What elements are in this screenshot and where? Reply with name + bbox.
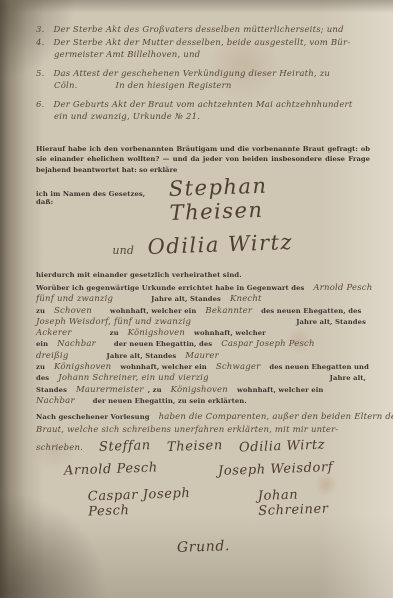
signature-row: schrieben. Steffan Theisen Odilia Wirtz [36,439,370,454]
printed-text: des neuen Ehegatten, des [261,306,361,317]
handwritten-text: Maurermeister [76,385,144,396]
witness-line: Worüber ich gegenwärtige Urkunde erricht… [36,283,370,294]
signature: Odilia Wirtz [238,438,325,456]
handwritten-text: Das Attest der geschehenen Verkündigung … [54,68,331,81]
handwritten-text: Braut, welche sich schreibens unerfahren… [36,424,339,437]
bride-name-row: und Odilia Wirtz [36,235,370,259]
declaration-intro: Hierauf habe ich den vorbenannten Bräuti… [36,144,370,176]
signature: Caspar Joseph Pesch [88,485,233,520]
note-line: 6.Der Geburts Akt der Braut vom achtzehn… [36,99,370,112]
declaration-intro-tail: ich im Namen des Gesetzes, daß: [36,190,165,206]
printed-text: des [36,373,49,384]
printed-text: Standes [36,385,67,396]
printed-text: ein [36,339,48,350]
conjunction-und: und [112,244,134,257]
handwritten-text: ein und zwanzig, Urkunde № 21. [54,111,200,124]
handwritten-notes-section: 3.Der Sterbe Akt des Großvaters desselbe… [36,24,370,124]
witness-line: einNachbarder neuen Ehegattin, desCaspar… [36,339,370,350]
handwritten-text: Nachbar [36,396,75,407]
handwritten-text: Joseph Weisdorf, fünf und zwanzig [36,317,191,328]
witness-line: desJohann Schreiner, ein und vierzigJahr… [36,373,370,384]
witness-line: StandesMaurermeister, zuKönigshovenwohnh… [36,385,370,396]
handwritten-text: Der Geburts Akt der Braut vom achtzehnte… [54,99,353,112]
handwritten-text: 3. [36,24,45,37]
note-line: 3.Der Sterbe Akt des Großvaters desselbe… [36,24,370,37]
handwritten-text: Knecht [230,294,262,305]
witnesses-section: Worüber ich gegenwärtige Urkunde erricht… [36,283,370,407]
handwritten-text: dreißig [36,351,69,362]
note-line: ein und zwanzig, Urkunde № 21. [36,111,370,124]
handwritten-text: Der Sterbe Akt des Großvaters desselben … [54,24,344,37]
witness-line: dreißigJahre alt, StandesMaurer [36,351,370,362]
printed-text: wohnhaft, welcher ein [110,306,196,317]
document-scan: 3.Der Sterbe Akt des Großvaters desselbe… [0,0,393,598]
printed-text: , zu [148,385,162,396]
handwritten-text: Der Sterbe Akt der Mutter desselben, bei… [54,37,351,50]
note-line: 5.Das Attest der geschehenen Verkündigun… [36,68,370,81]
printed-text: Jahre alt, Standes [151,294,221,305]
handwritten-text: haben die Comparenten, außer den beiden … [159,411,393,424]
handwritten-text: Ackerer [36,328,72,339]
signature: Theisen [167,438,223,455]
printed-text: wohnhaft, welcher ein [120,362,206,373]
handwritten-text: Königshoven [128,328,185,339]
handwritten-text: Maurer [185,351,219,362]
signature-row: Arnold Pesch Joseph Weisdorf [36,462,370,477]
printed-text: des neuen Ehegatten und [269,362,369,373]
handwritten-text: Schoven [54,306,92,317]
handwritten-text: Königshoven [171,385,228,396]
witness-line: Joseph Weisdorf, fünf und zwanzigJahre a… [36,317,370,328]
signature: Arnold Pesch [64,461,158,479]
handwritten-text: Nachbar [57,339,96,350]
witness-line: zuSchovenwohnhaft, welcher einBekannterd… [36,306,370,317]
signatures-section: schrieben. Steffan Theisen Odilia Wirtz … [36,439,370,555]
signature: Joseph Weisdorf [218,460,334,479]
closing-section: Nach geschehener Vorlesunghaben die Comp… [36,411,370,437]
document-content: 3.Der Sterbe Akt des Großvaters desselbe… [36,24,370,555]
handwritten-text: Cöln. [54,80,78,93]
closing-last-word: schrieben. [36,443,83,453]
handwritten-text: 5. [36,68,45,81]
signature: Steffan [99,438,151,455]
closing-line: Braut, welche sich schreibens unerfahren… [36,424,370,437]
groom-name: Stephan Theisen [168,170,370,225]
note-line: germeister Amt Billelhoven, und [36,49,370,62]
note-line: 4.Der Sterbe Akt der Mutter desselben, b… [36,37,370,50]
printed-text: Worüber ich gegenwärtige Urkunde erricht… [36,283,304,294]
handwritten-text: fünf und zwanzig [36,294,113,305]
handwritten-text: Johann Schreiner, ein und vierzig [58,373,209,384]
handwritten-text: Caspar Joseph Pesch [221,339,315,350]
witness-line: zuKönigshovenwohnhaft, welcher einSchwag… [36,362,370,373]
marriage-declaration-section: Hierauf habe ich den vorbenannten Bräuti… [36,144,370,280]
handwritten-text: Bekannter [205,306,252,317]
handwritten-text: In den hiesigen Registern [116,80,232,93]
signature: Johan Schreiner [258,485,371,519]
signature-row: Caspar Joseph Pesch Johan Schreiner [36,487,370,517]
closing-line: Nach geschehener Vorlesunghaben die Comp… [36,411,370,424]
printed-text: zu [36,362,45,373]
printed-text: wohnhaft, welcher [194,328,266,339]
printed-text: zu [36,306,45,317]
official-signature-row: Grund. [36,539,370,555]
handwritten-text: Königshoven [54,362,111,373]
printed-text: Jahre alt, [330,373,366,384]
handwritten-text: Arnold Pesch [313,283,372,294]
witness-line: fünf und zwanzigJahre alt, StandesKnecht [36,294,370,305]
married-statement: hierdurch mit einander gesetzlich verhei… [36,271,370,279]
printed-text: wohnhaft, welcher ein [237,385,323,396]
handwritten-text: 6. [36,99,45,112]
handwritten-text: Schwager [216,362,261,373]
handwritten-text: germeister Amt Billelhoven, und [54,49,200,62]
note-line: Cöln.In den hiesigen Registern [36,80,370,93]
witness-line: Nachbarder neuen Ehegattin, zu sein erkl… [36,396,370,407]
printed-text: Jahre alt, Standes [296,317,366,328]
groom-name-row: ich im Namen des Gesetzes, daß: Stephan … [36,177,370,225]
printed-text: Jahre alt, Standes [107,351,177,362]
printed-text: Nach geschehener Vorlesung [36,411,150,424]
witness-line: AckererzuKönigshovenwohnhaft, welcher [36,328,370,339]
registrar-signature: Grund. [176,538,229,556]
bride-name: Odilia Wirtz [147,230,293,259]
printed-text: der neuen Ehegattin, des [114,339,212,350]
printed-text: der neuen Ehegattin, zu sein erklärten. [93,396,247,407]
handwritten-text: 4. [36,37,45,50]
printed-text: zu [110,328,119,339]
